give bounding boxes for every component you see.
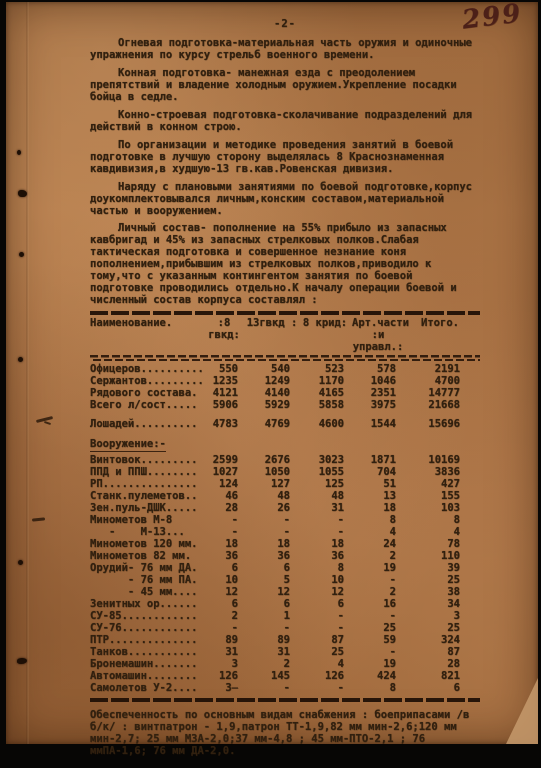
cell-value: - [202, 622, 246, 634]
cell-value: 8 [404, 514, 476, 526]
column-header-8gvkd: :8 гвкд: [202, 317, 246, 353]
row-label: Танков........... [90, 646, 202, 658]
cell-value: 1871 [352, 454, 404, 466]
cell-value: - [246, 526, 298, 538]
table-row: Автомашин........126145126424821 [90, 670, 480, 682]
strength-table: Наименование. :8 гвкд: 13гвкд : 8 крид: … [90, 311, 480, 702]
cell-value: 4121 [202, 387, 246, 399]
paragraph-horse-training: Конная подготовка- манежная езда с преод… [90, 67, 480, 103]
cell-value: - [298, 526, 352, 538]
cell-value: 6 [202, 562, 246, 574]
underlying-page-corner [498, 678, 538, 744]
table-row: РП...............12412712551427 [90, 478, 480, 490]
cell-value: 36 [202, 550, 246, 562]
table-row: Орудий- 76 мм ДА.6681939 [90, 562, 480, 574]
binding-hole [18, 357, 23, 362]
cell-value: - [246, 514, 298, 526]
cell-value: 87 [404, 646, 476, 658]
row-label: Зен.пуль-ДШК..... [90, 502, 202, 514]
cell-value: - [298, 622, 352, 634]
cell-value: 1046 [352, 375, 404, 387]
cell-value: 1170 [298, 375, 352, 387]
cell-value: 12 [246, 586, 298, 598]
paragraph-mounted-drill: Конно-строевая подготовка-сколачивание п… [90, 109, 480, 133]
cell-value: 155 [404, 490, 476, 502]
paragraph-training-organization: По организации и методике проведения зан… [90, 139, 480, 175]
table-row: Лошадей..........478347694600154415696 [90, 418, 480, 430]
cell-value: 6 [202, 598, 246, 610]
cell-value: 13 [352, 490, 404, 502]
cell-value: - [298, 610, 352, 622]
cell-value: 5906 [202, 399, 246, 411]
cell-value: 8 [352, 682, 404, 694]
cell-value: 110 [404, 550, 476, 562]
row-label: ППД и ППШ........ [90, 466, 202, 478]
cell-value: 3 [404, 610, 476, 622]
cell-value: 4140 [246, 387, 298, 399]
cell-value: 19 [352, 658, 404, 670]
binding-hole [18, 560, 23, 565]
paragraph-fire-training: Огневая подготовка-материальная часть ор… [90, 37, 480, 61]
row-label: - 76 мм ПА. [90, 574, 202, 586]
cell-value: 126 [202, 670, 246, 682]
cell-value: 2351 [352, 387, 404, 399]
cell-value: 127 [246, 478, 298, 490]
cell-value: 10 [298, 574, 352, 586]
table-row: ППД и ППШ........1027105010557043836 [90, 466, 480, 478]
table-row: Минометов М-8---88 [90, 514, 480, 526]
row-label: Самолетов У-2.... [90, 682, 202, 694]
cell-value: - [298, 682, 352, 694]
column-header-13gvkd: 13гвкд : [246, 317, 298, 353]
table-row: СУ-85............21--3 [90, 610, 480, 622]
cell-value: 14777 [404, 387, 476, 399]
row-label: СУ-76............ [90, 622, 202, 634]
cell-value: 21668 [404, 399, 476, 411]
cell-value: 4700 [404, 375, 476, 387]
table-row: ПТР..............89898759324 [90, 634, 480, 646]
cell-value: 25 [404, 622, 476, 634]
cell-value: 2676 [246, 454, 298, 466]
table-header-rule [90, 355, 480, 361]
cell-value: 5 [246, 574, 298, 586]
table-row: Минометов 120 мм.1818182478 [90, 538, 480, 550]
table-row: СУ-76............---2525 [90, 622, 480, 634]
cell-value: - [246, 682, 298, 694]
cell-value: 28 [404, 658, 476, 670]
cell-value: 6 [404, 682, 476, 694]
table-row: Самолетов У-2....3̶--86 [90, 682, 480, 694]
row-label: СУ-85............ [90, 610, 202, 622]
cell-value: 87 [298, 634, 352, 646]
cell-value: 2 [352, 586, 404, 598]
cell-value: 2 [246, 658, 298, 670]
paragraph-personnel: Личный состав- пополнение на 55% прибыло… [90, 222, 480, 306]
cell-value: 19 [352, 562, 404, 574]
table-row: Зен.пуль-ДШК.....28263118103 [90, 502, 480, 514]
cell-value: 3836 [404, 466, 476, 478]
cell-value: 24 [352, 538, 404, 550]
cell-value: 1235 [202, 375, 246, 387]
cell-value: - [246, 622, 298, 634]
paragraph-replenishment: Наряду с плановыми занятиями по боевой п… [90, 181, 480, 217]
cell-value: 15696 [404, 418, 476, 430]
cell-value: 18 [352, 502, 404, 514]
binding-hole [19, 252, 24, 257]
table-row: Офицеров..........5505405235782191 [90, 363, 480, 375]
table-row: Винтовок.........259926763023187110169 [90, 454, 480, 466]
cell-value: 46 [202, 490, 246, 502]
table-row: - 45 мм....121212238 [90, 586, 480, 598]
cell-value: 28 [202, 502, 246, 514]
cell-value: 31 [246, 646, 298, 658]
table-row: Зенитных ор......6661634 [90, 598, 480, 610]
cell-value: 25 [404, 574, 476, 586]
cell-value: - [202, 514, 246, 526]
cell-value: 4769 [246, 418, 298, 430]
row-label: Станк.пулеметов.. [90, 490, 202, 502]
page-number: -2- [90, 18, 480, 30]
row-label: Офицеров.......... [90, 363, 202, 375]
row-label: Бронемашин....... [90, 658, 202, 670]
cell-value: 125 [298, 478, 352, 490]
cell-value: 103 [404, 502, 476, 514]
row-label: Сержантов......... [90, 375, 202, 387]
cell-value: 59 [352, 634, 404, 646]
table-row: Танков...........313125-87 [90, 646, 480, 658]
table-header-row: Наименование. :8 гвкд: 13гвкд : 8 крид: … [90, 317, 480, 353]
cell-value: 8 [352, 514, 404, 526]
table-row: Минометов 82 мм.3636362110 [90, 550, 480, 562]
binding-hole [17, 150, 21, 155]
row-label: ПТР.............. [90, 634, 202, 646]
cell-value: 4 [404, 526, 476, 538]
cell-value: 34 [404, 598, 476, 610]
cell-value: 6 [246, 562, 298, 574]
binding-hole [18, 190, 27, 197]
row-label: Всего л/сост..... [90, 399, 202, 411]
cell-value: 48 [298, 490, 352, 502]
column-header-art-units: Арт.части :и управл.: [352, 317, 404, 353]
table-top-rule [90, 311, 480, 315]
cell-value: 36 [246, 550, 298, 562]
cell-value: 26 [246, 502, 298, 514]
cell-value: 3 [202, 658, 246, 670]
cell-value: - [202, 526, 246, 538]
typewritten-content: -2- Огневая подготовка-материальная част… [90, 18, 480, 763]
cell-value: 704 [352, 466, 404, 478]
cell-value: 1 [246, 610, 298, 622]
cell-value: 550 [202, 363, 246, 375]
row-label: - М-13... [90, 526, 202, 538]
row-label: Орудий- 76 мм ДА. [90, 562, 202, 574]
cell-value: 89 [246, 634, 298, 646]
cell-value: 25 [352, 622, 404, 634]
cell-value: 2599 [202, 454, 246, 466]
cell-value: 2 [202, 610, 246, 622]
row-label: - 45 мм.... [90, 586, 202, 598]
cell-value: 2 [352, 550, 404, 562]
paper-crease [26, 2, 29, 744]
cell-value: 1544 [352, 418, 404, 430]
cell-value: 821 [404, 670, 476, 682]
cell-value: 10169 [404, 454, 476, 466]
cell-value: 31 [202, 646, 246, 658]
cell-value: 12 [298, 586, 352, 598]
armament-section-heading: Вооружение:- [90, 438, 480, 450]
cell-value: 4165 [298, 387, 352, 399]
cell-value: 126 [298, 670, 352, 682]
table-row: - М-13...---44 [90, 526, 480, 538]
margin-mark [32, 517, 45, 521]
row-label: Минометов 82 мм. [90, 550, 202, 562]
cell-value: 78 [404, 538, 476, 550]
cell-value: 1027 [202, 466, 246, 478]
cell-value: 145 [246, 670, 298, 682]
cell-value: 578 [352, 363, 404, 375]
cell-value: 6 [298, 598, 352, 610]
cell-value: 25 [298, 646, 352, 658]
cell-value: 16 [352, 598, 404, 610]
cell-value: 51 [352, 478, 404, 490]
cell-value: 36 [298, 550, 352, 562]
cell-value: - [298, 514, 352, 526]
cell-value: 6 [246, 598, 298, 610]
cell-value: 31 [298, 502, 352, 514]
cell-value: 1050 [246, 466, 298, 478]
column-header-8krid: 8 крид: [298, 317, 352, 353]
paper-sheet: 299 -2- Огневая подготовка-материальная … [6, 2, 538, 744]
cell-value: 540 [246, 363, 298, 375]
cell-value: 5858 [298, 399, 352, 411]
cell-value: 324 [404, 634, 476, 646]
cell-value: 4600 [298, 418, 352, 430]
cell-value: 5929 [246, 399, 298, 411]
row-label: Винтовок......... [90, 454, 202, 466]
cell-value: - [352, 646, 404, 658]
cell-value: 18 [298, 538, 352, 550]
cell-value: 10 [202, 574, 246, 586]
cell-value: 4783 [202, 418, 246, 430]
table-row: - 76 мм ПА.10510-25 [90, 574, 480, 586]
column-header-total: Итого. [404, 317, 476, 353]
cell-value: 38 [404, 586, 476, 598]
row-label: Лошадей.......... [90, 418, 202, 430]
table-row: Всего л/сост.....590659295858397521668 [90, 399, 480, 411]
cell-value: 48 [246, 490, 298, 502]
row-label: Зенитных ор...... [90, 598, 202, 610]
cell-value: 3975 [352, 399, 404, 411]
cell-value: 18 [202, 538, 246, 550]
cell-value: 39 [404, 562, 476, 574]
row-label: РП............... [90, 478, 202, 490]
cell-value: 4 [352, 526, 404, 538]
cell-value: 427 [404, 478, 476, 490]
cell-value: 12 [202, 586, 246, 598]
cell-value: 523 [298, 363, 352, 375]
cell-value: 3̶ [202, 682, 246, 694]
scanned-document-page: { "page": { "label": "-2-", "handwritten… [0, 0, 541, 768]
table-rows-personnel: Офицеров..........5505405235782191Сержан… [90, 363, 480, 430]
cell-value: 1055 [298, 466, 352, 478]
row-label: Рядового состава. [90, 387, 202, 399]
column-header-name: Наименование. [90, 317, 202, 353]
table-rows-armament: Винтовок.........259926763023187110169ПП… [90, 454, 480, 694]
cell-value: 18 [246, 538, 298, 550]
cell-value: 8 [298, 562, 352, 574]
table-bottom-rule [90, 698, 480, 702]
cell-value: 4 [298, 658, 352, 670]
paragraph-supply-levels: Обеспеченность по основным видам снабжен… [90, 709, 480, 757]
table-row: Бронемашин.......3241928 [90, 658, 480, 670]
cell-value: - [352, 610, 404, 622]
table-row: Рядового состава.412141404165235114777 [90, 387, 480, 399]
cell-value: 424 [352, 670, 404, 682]
row-label: Минометов 120 мм. [90, 538, 202, 550]
cell-value: 3023 [298, 454, 352, 466]
cell-value: - [352, 574, 404, 586]
table-row: Сержантов.........12351249117010464700 [90, 375, 480, 387]
row-label: Минометов М-8 [90, 514, 202, 526]
cell-value: 124 [202, 478, 246, 490]
cell-value: 2191 [404, 363, 476, 375]
row-label: Автомашин........ [90, 670, 202, 682]
margin-mark [44, 421, 51, 425]
cell-value: 89 [202, 634, 246, 646]
cell-value: 1249 [246, 375, 298, 387]
table-row: Станк.пулеметов..46484813155 [90, 490, 480, 502]
